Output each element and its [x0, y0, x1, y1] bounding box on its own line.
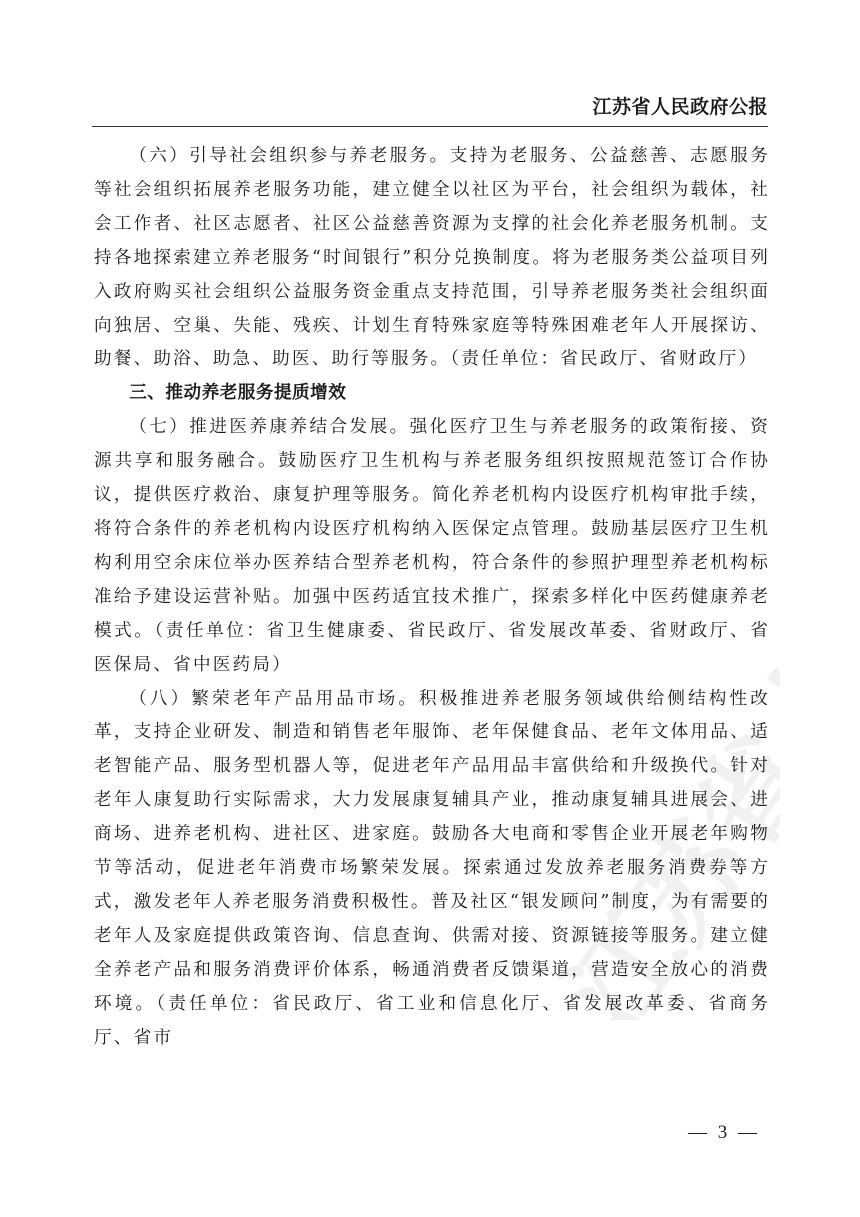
section-heading-3: 三、推动养老服务提质增效 — [94, 377, 770, 411]
publication-title: 江苏省人民政府公报 — [592, 92, 768, 119]
document-body: （六）引导社会组织参与养老服务。支持为老服务、公益慈善、志愿服务等社会组织拓展养… — [94, 140, 770, 1055]
header-divider — [92, 126, 768, 127]
page-number: — 3 — — [688, 1122, 760, 1144]
paragraph-6: （六）引导社会组织参与养老服务。支持为老服务、公益慈善、志愿服务等社会组织拓展养… — [94, 140, 770, 377]
paragraph-7: （七）推进医养康养结合发展。强化医疗卫生与养老服务的政策衔接、资源共享和服务融合… — [94, 411, 770, 682]
paragraph-8: （八）繁荣老年产品用品市场。积极推进养老服务领域供给侧结构性改革，支持企业研发、… — [94, 683, 770, 1056]
